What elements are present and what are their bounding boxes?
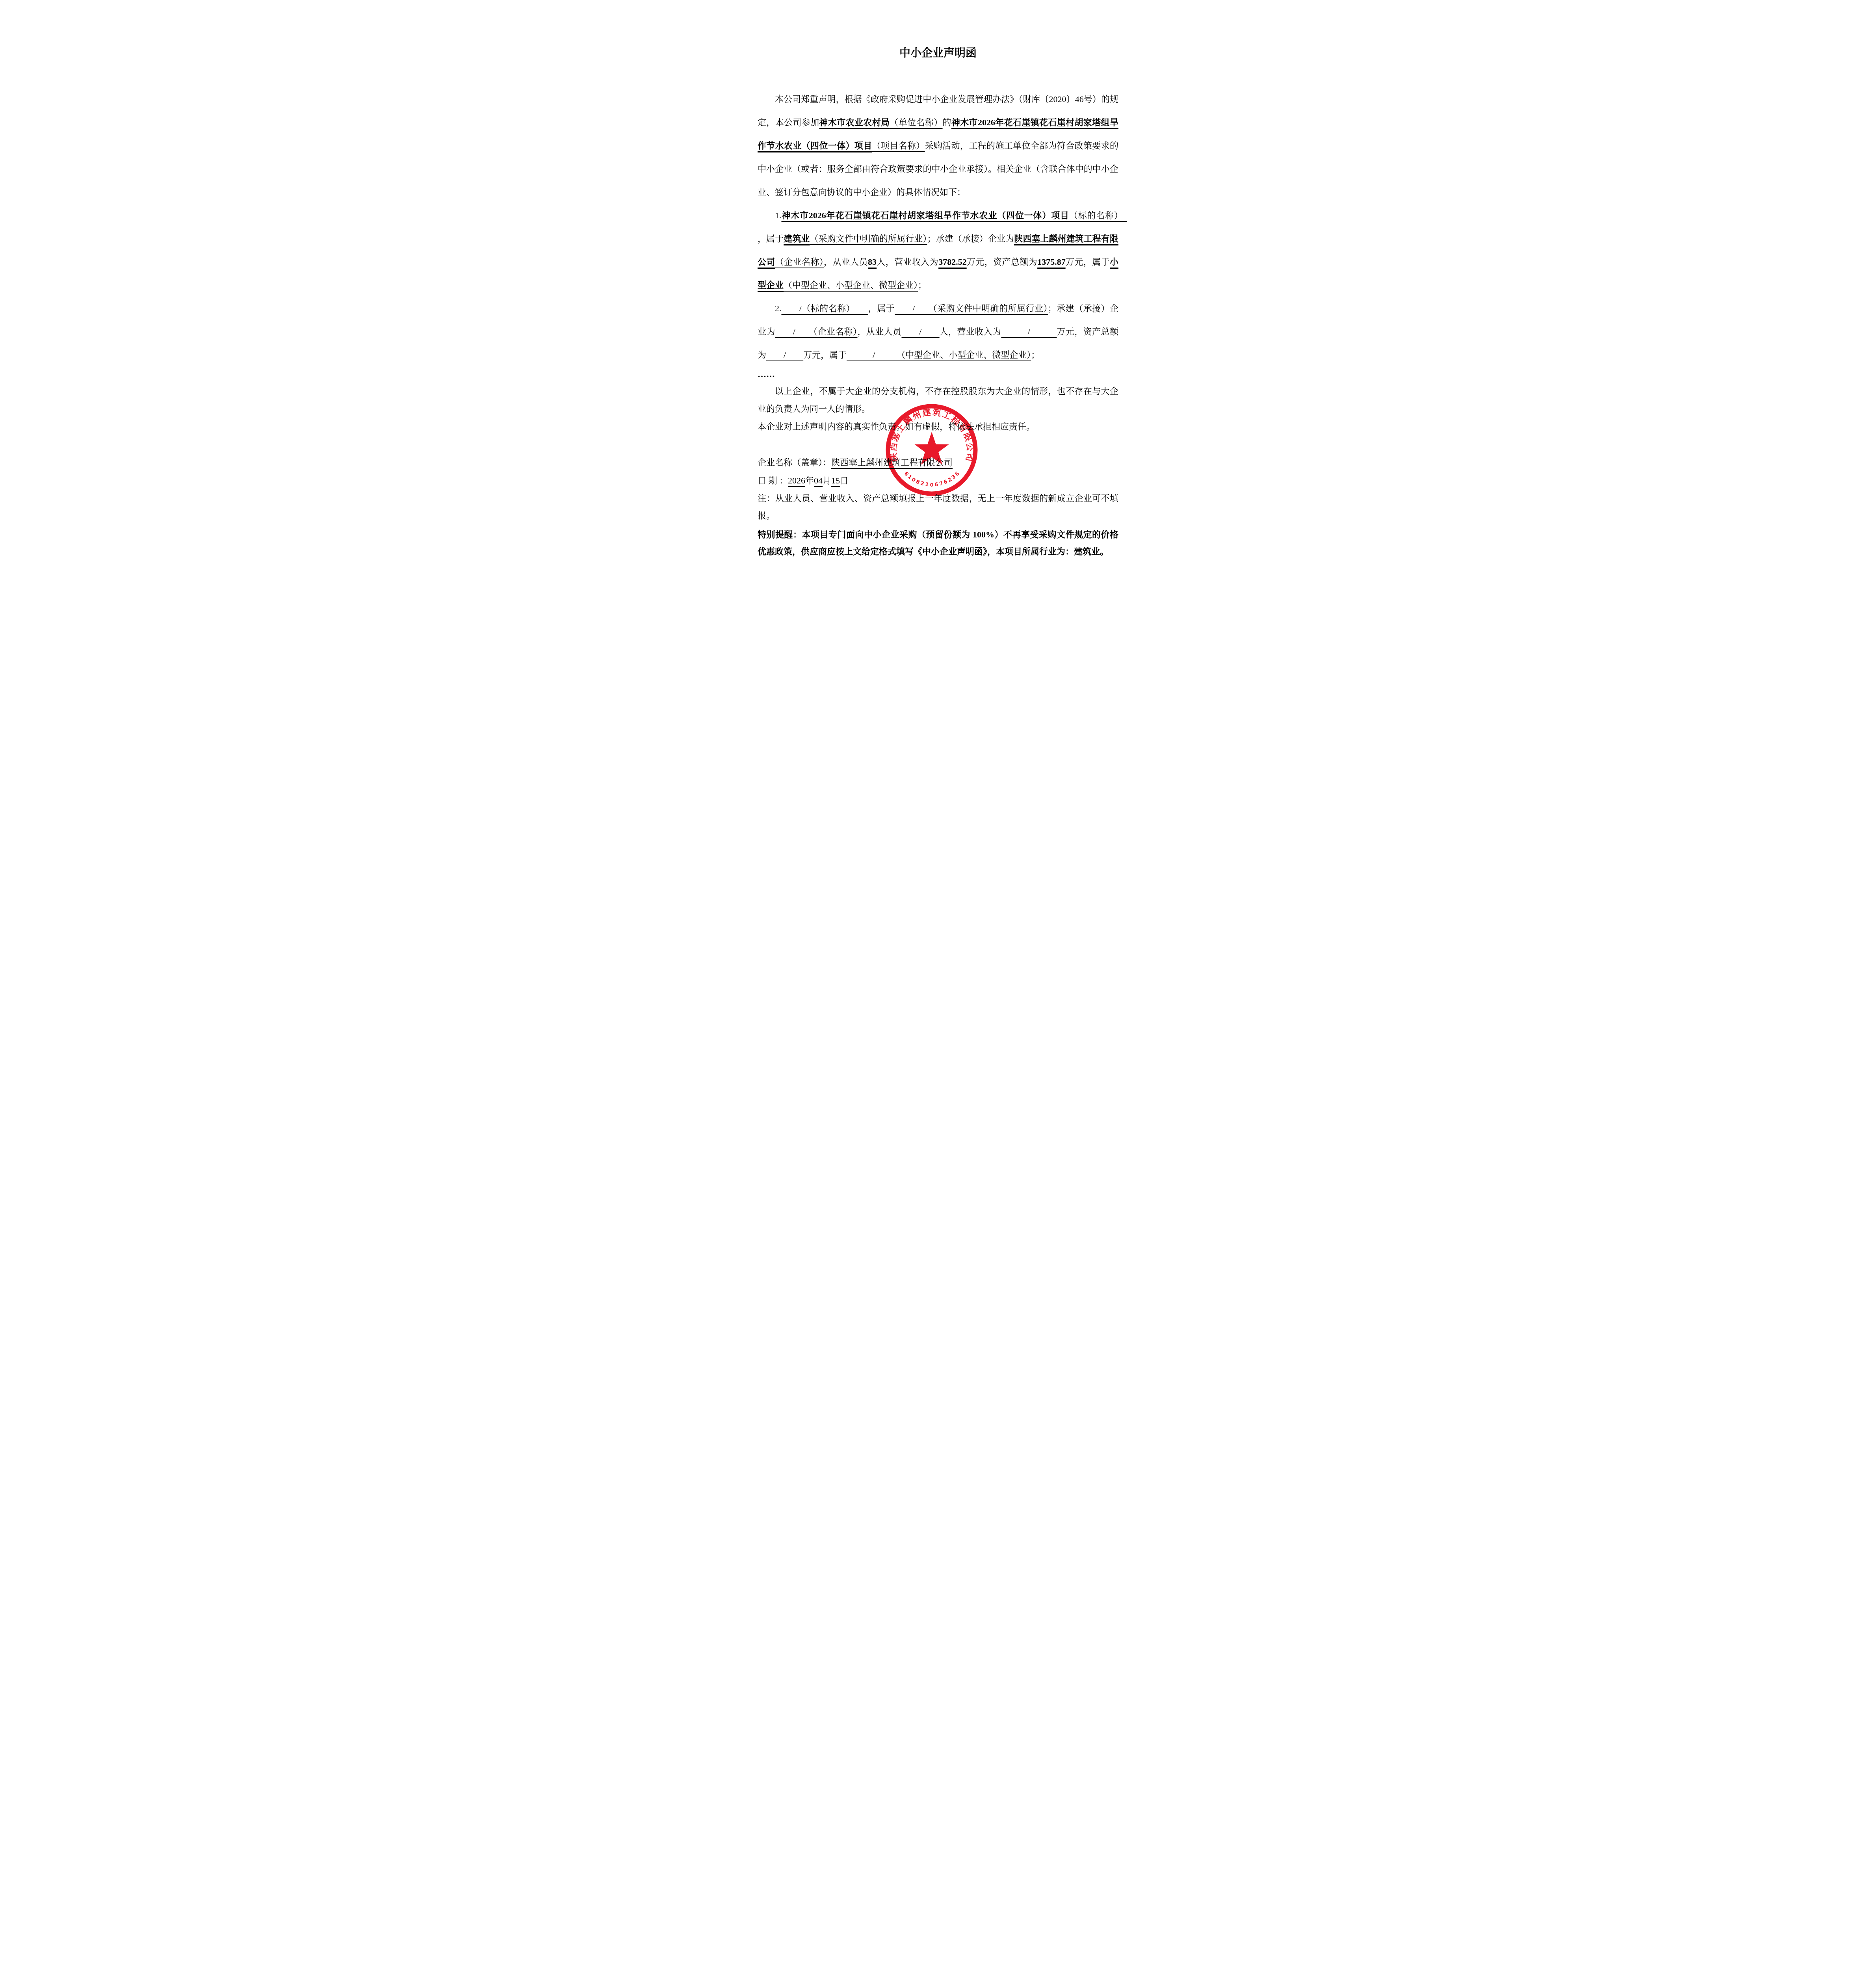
signature-date-line: 日 期 ：2026年04月15日 [758, 472, 1118, 490]
ellipsis-continuation: …… [758, 366, 1118, 382]
contractor-name-hint: （企业名称） [775, 257, 824, 267]
project-name-hint: （项目名称） [872, 141, 925, 151]
assets-value: 1375.87 [1037, 257, 1066, 267]
date-year: 2026 [788, 476, 805, 485]
document-page: 中小企业声明函 本公司郑重声明，根据《政府采购促进中小企业发展管理办法》（财库〔… [721, 0, 1155, 613]
paragraph-responsibility: 本企业对上述声明内容的真实性负责。如有虚假，将依法承担相应责任。 [758, 418, 1118, 435]
date-day: 15 [831, 476, 840, 485]
blank-employee-count: / [901, 327, 939, 336]
text-run: ； [1031, 350, 1040, 360]
signature-company-line: 企业名称（盖章）：陕西塞上麟州建筑工程有限公司 [758, 453, 1118, 472]
text-run: 万元，资产总额为 [967, 257, 1037, 267]
item-number: 2. [775, 303, 782, 313]
date-year-unit: 年 [805, 476, 814, 485]
text-run: ，属于 [868, 303, 895, 313]
text-run: ，从业人员 [824, 257, 868, 267]
employee-count: 83 [868, 257, 877, 267]
blank-assets: / [766, 350, 803, 360]
buyer-name-hint: （单位名称） [890, 117, 942, 127]
paragraph-item1: 1.神木市2026年花石崖镇花石崖村胡家塔组旱作节水农业（四位一体）项目（标的名… [758, 204, 1118, 297]
company-name-value: 陕西塞上麟州建筑工程有限公司 [831, 457, 953, 467]
paragraph-special-reminder: 特别提醒：本项目专门面向中小企业采购（预留份额为 100%）不再享受采购文件规定… [758, 526, 1118, 560]
date-month: 04 [814, 476, 823, 485]
paragraph-item2: 2. /（标的名称） ，属于 / （采购文件中明确的所属行业）；承建（承接）企业… [758, 297, 1118, 366]
paragraph-declaration: 本公司郑重声明，根据《政府采购促进中小企业发展管理办法》（财库〔2020〕46号… [758, 87, 1118, 204]
blank-industry: / （采购文件中明确的所属行业） [895, 303, 1048, 313]
text-run: 人，营业收入为 [940, 327, 1001, 336]
date-label: 日 期 ： [758, 476, 788, 485]
date-month-unit: 月 [823, 476, 831, 485]
blank-contractor-name: / （企业名称） [775, 327, 858, 336]
text-run: 万元，属于 [803, 350, 847, 360]
revenue-value: 3782.52 [938, 257, 967, 267]
subject-name: 神木市2026年花石崖镇花石崖村胡家塔组旱作节水农业（四位一体）项目 [782, 210, 1069, 220]
page-title: 中小企业声明函 [758, 46, 1118, 61]
text-run: 人，营业收入为 [877, 257, 938, 267]
item-number: 1. [775, 210, 782, 220]
enterprise-size-hint: （中型企业、小型企业、微型企业） [784, 280, 918, 290]
text-run: ； [918, 280, 927, 290]
blank-revenue: / [1001, 327, 1057, 336]
industry-hint: （采购文件中明确的所属行业） [810, 234, 927, 243]
paragraph-note: 注：从业人员、营业收入、资产总额填报上一年度数据，无上一年度数据的新成立企业可不… [758, 490, 1118, 524]
blank-enterprise-size: / （中型企业、小型企业、微型企业） [847, 350, 1031, 360]
buyer-name: 神木市农业农村局 [819, 117, 890, 127]
text-run: 的 [943, 117, 951, 127]
text-run: ；承建（承接）企业为 [927, 234, 1014, 243]
text-run: ，属于 [758, 234, 784, 243]
blank-subject-name: /（标的名称） [782, 303, 868, 313]
date-day-unit: 日 [840, 476, 849, 485]
company-seal-label: 企业名称（盖章）： [758, 457, 831, 467]
subject-name-hint: （标的名称） [1069, 210, 1127, 220]
paragraph-no-branch: 以上企业，不属于大企业的分支机构，不存在控股股东为大企业的情形，也不存在与大企业… [758, 382, 1118, 418]
industry-value: 建筑业 [784, 234, 810, 243]
text-run: 万元，属于 [1066, 257, 1110, 267]
text-run: ，从业人员 [857, 327, 901, 336]
